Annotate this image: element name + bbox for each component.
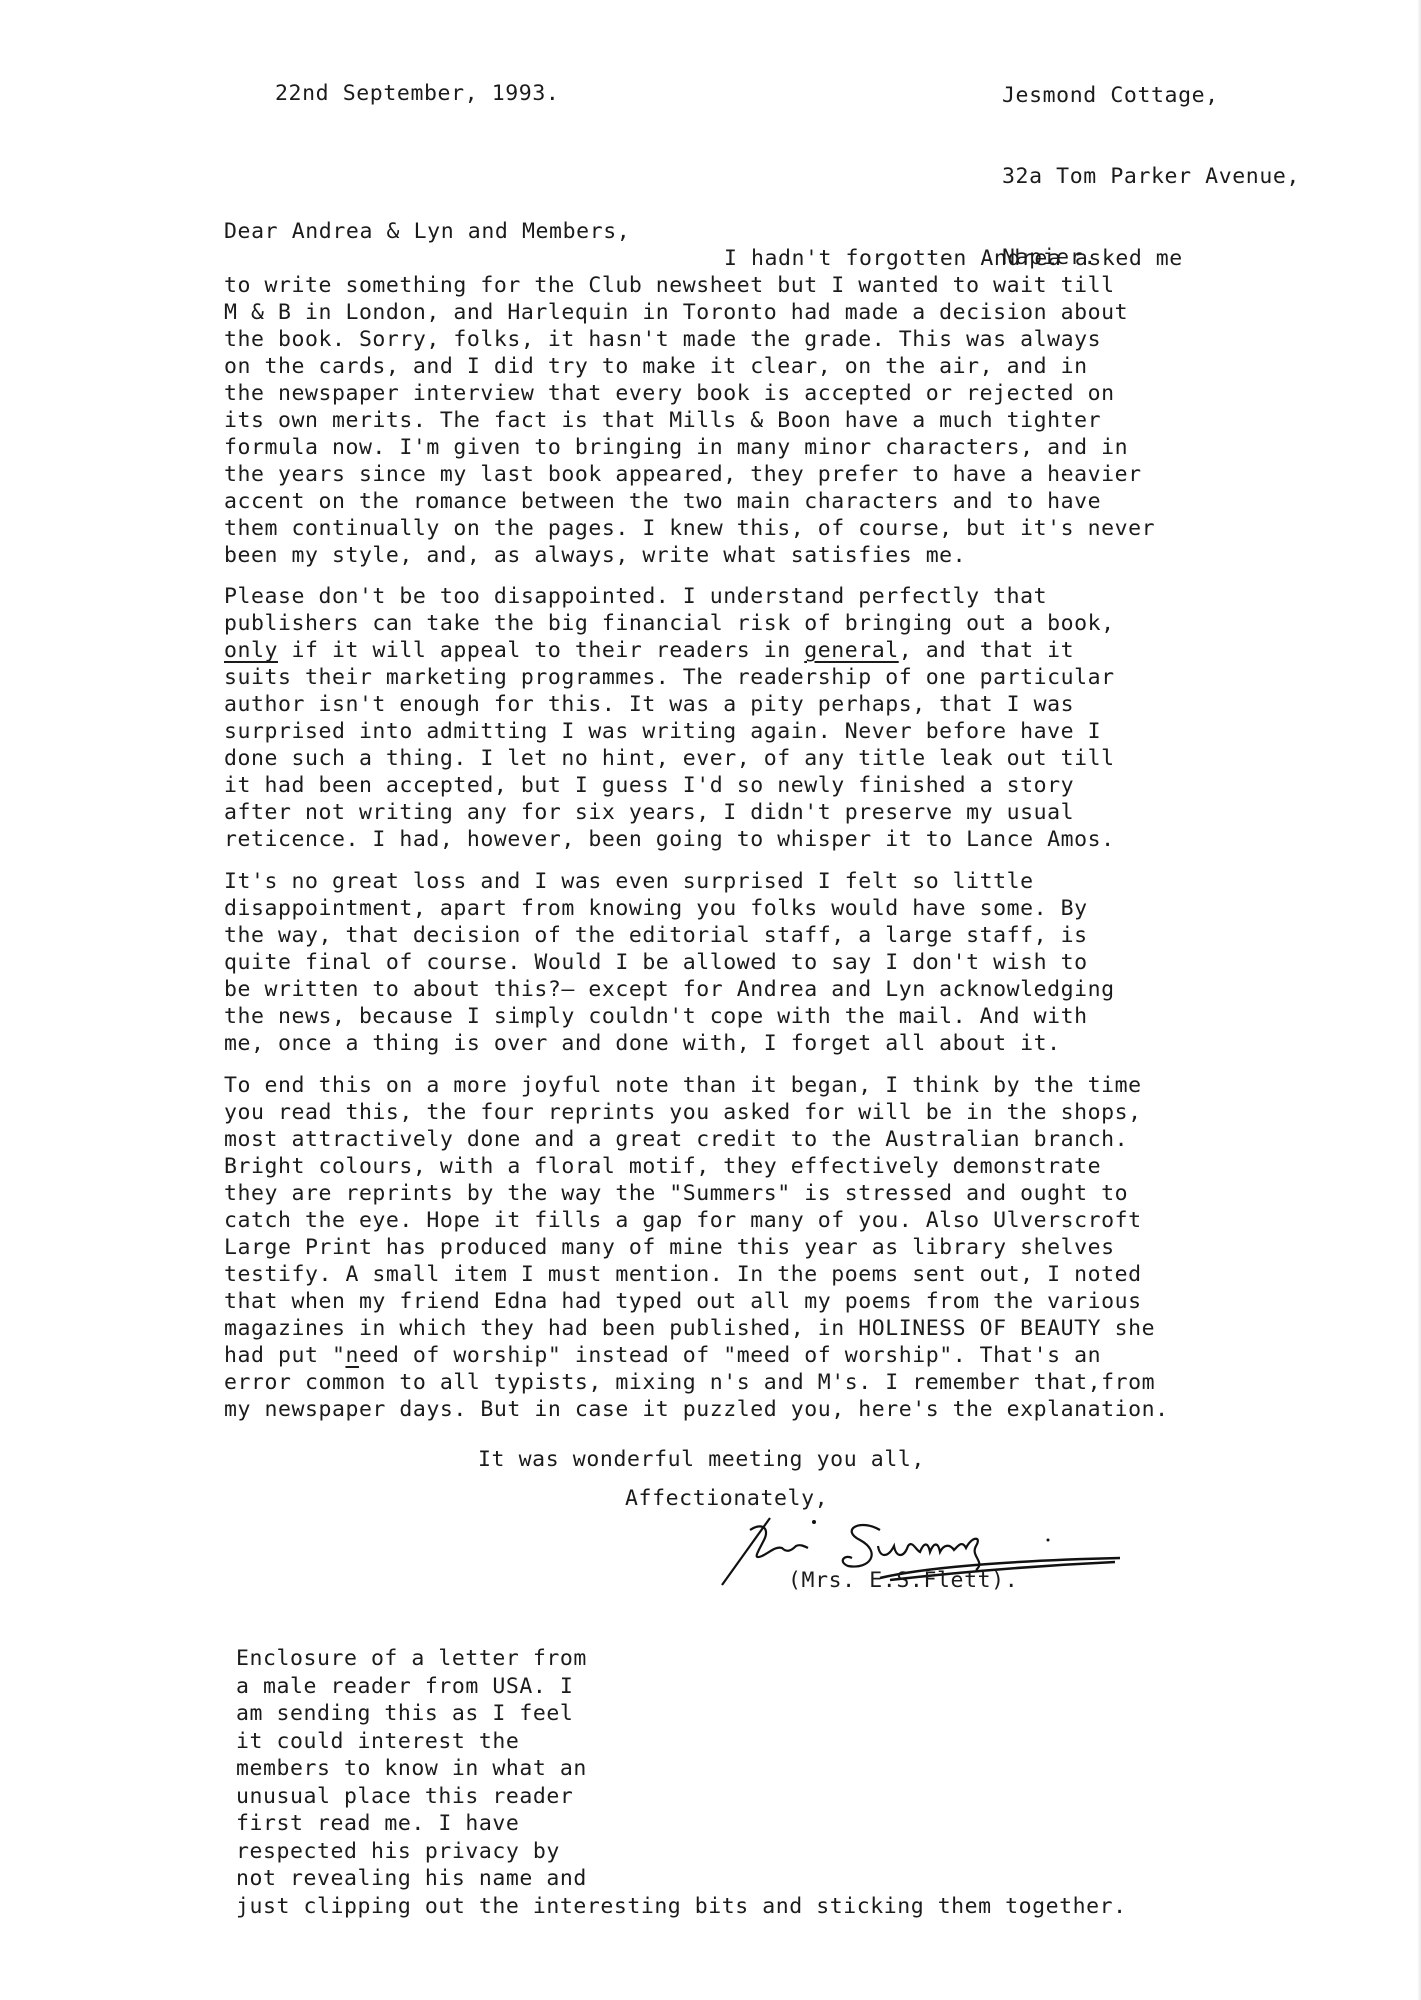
body-line: Please don't be too disappointed. I unde… xyxy=(224,583,1115,610)
body-line: had put "need of worship" instead of "me… xyxy=(224,1342,1169,1369)
body-line: the newspaper interview that every book … xyxy=(224,380,1183,407)
body-line: It's no great loss and I was even surpri… xyxy=(224,868,1115,895)
body-line: reticence. I had, however, been going to… xyxy=(224,826,1115,853)
enclosure-line: respected his privacy by xyxy=(236,1838,1127,1866)
body-line: done such a thing. I let no hint, ever, … xyxy=(224,745,1115,772)
body-line: be written to about this?— except for An… xyxy=(224,976,1115,1003)
body-text: , and that it xyxy=(899,638,1074,663)
letter-date: 22nd September, 1993. xyxy=(275,80,559,107)
underlined-word: general xyxy=(804,638,898,663)
body-line: quite final of course. Would I be allowe… xyxy=(224,949,1115,976)
body-line: been my style, and, as always, write wha… xyxy=(224,542,1183,569)
body-line: Large Print has produced many of mine th… xyxy=(224,1234,1169,1261)
body-line: its own merits. The fact is that Mills &… xyxy=(224,407,1183,434)
letter-page: 22nd September, 1993. Jesmond Cottage, 3… xyxy=(0,0,1421,2000)
body-line: them continually on the pages. I knew th… xyxy=(224,515,1183,542)
paragraph-3: It's no great loss and I was even surpri… xyxy=(224,868,1115,1057)
enclosure-note: Enclosure of a letter from a male reader… xyxy=(236,1645,1127,1920)
body-line: you read this, the four reprints you ask… xyxy=(224,1099,1169,1126)
salutation: Dear Andrea & Lyn and Members, xyxy=(224,218,630,245)
body-line: surprised into admitting I was writing a… xyxy=(224,718,1115,745)
body-line: it had been accepted, but I guess I'd so… xyxy=(224,772,1115,799)
body-line: after not writing any for six years, I d… xyxy=(224,799,1115,826)
paragraph-1: I hadn't forgotten Andrea asked me to wr… xyxy=(224,245,1183,569)
body-line: the years since my last book appeared, t… xyxy=(224,461,1183,488)
body-line: suits their marketing programmes. The re… xyxy=(224,664,1115,691)
enclosure-line: members to know in what an xyxy=(236,1755,1127,1783)
body-line: that when my friend Edna had typed out a… xyxy=(224,1288,1169,1315)
body-line: the news, because I simply couldn't cope… xyxy=(224,1003,1115,1030)
body-line: the way, that decision of the editorial … xyxy=(224,922,1115,949)
body-text: had put " xyxy=(224,1343,345,1368)
body-line: most attractively done and a great credi… xyxy=(224,1126,1169,1153)
body-line: M & B in London, and Harlequin in Toront… xyxy=(224,299,1183,326)
body-line: To end this on a more joyful note than i… xyxy=(224,1072,1169,1099)
enclosure-line: not revealing his name and xyxy=(236,1865,1127,1893)
body-line: publishers can take the big financial ri… xyxy=(224,610,1115,637)
address-line: Jesmond Cottage, xyxy=(1002,82,1300,109)
body-line: author isn't enough for this. It was a p… xyxy=(224,691,1115,718)
body-line: disappointment, apart from knowing you f… xyxy=(224,895,1115,922)
enclosure-line: just clipping out the interesting bits a… xyxy=(236,1893,1127,1921)
enclosure-line: it could interest the xyxy=(236,1728,1127,1756)
body-line: testify. A small item I must mention. In… xyxy=(224,1261,1169,1288)
body-line: my newspaper days. But in case it puzzle… xyxy=(224,1396,1169,1423)
body-line: magazines in which they had been publish… xyxy=(224,1315,1169,1342)
body-line: only if it will appeal to their readers … xyxy=(224,637,1115,664)
body-line: formula now. I'm given to bringing in ma… xyxy=(224,434,1183,461)
body-text: if it will appeal to their readers in xyxy=(278,638,804,663)
enclosure-line: unusual place this reader xyxy=(236,1783,1127,1811)
paragraph-4: To end this on a more joyful note than i… xyxy=(224,1072,1169,1423)
body-line: the book. Sorry, folks, it hasn't made t… xyxy=(224,326,1183,353)
body-line: me, once a thing is over and done with, … xyxy=(224,1030,1115,1057)
closing-line: It was wonderful meeting you all, xyxy=(478,1446,925,1473)
underlined-word: only xyxy=(224,638,278,663)
body-line: Bright colours, with a floral motif, the… xyxy=(224,1153,1169,1180)
address-line: 32a Tom Parker Avenue, xyxy=(1002,163,1300,190)
signatory-name: (Mrs. E.S.Flett). xyxy=(788,1567,1018,1594)
body-line: accent on the romance between the two ma… xyxy=(224,488,1183,515)
body-line: they are reprints by the way the "Summer… xyxy=(224,1180,1169,1207)
body-line: I hadn't forgotten Andrea asked me xyxy=(224,245,1183,272)
enclosure-line: Enclosure of a letter from xyxy=(236,1645,1127,1673)
page-edge-shadow xyxy=(1417,0,1421,2000)
underlined-letter: n xyxy=(345,1343,359,1368)
body-line: on the cards, and I did try to make it c… xyxy=(224,353,1183,380)
paragraph-2: Please don't be too disappointed. I unde… xyxy=(224,583,1115,853)
body-line: catch the eye. Hope it fills a gap for m… xyxy=(224,1207,1169,1234)
body-text: eed of worship" instead of "meed of wors… xyxy=(359,1343,1101,1368)
enclosure-line: am sending this as I feel xyxy=(236,1700,1127,1728)
body-line: to write something for the Club newsheet… xyxy=(224,272,1183,299)
body-line: error common to all typists, mixing n's … xyxy=(224,1369,1169,1396)
enclosure-line: a male reader from USA. I xyxy=(236,1673,1127,1701)
enclosure-line: first read me. I have xyxy=(236,1810,1127,1838)
